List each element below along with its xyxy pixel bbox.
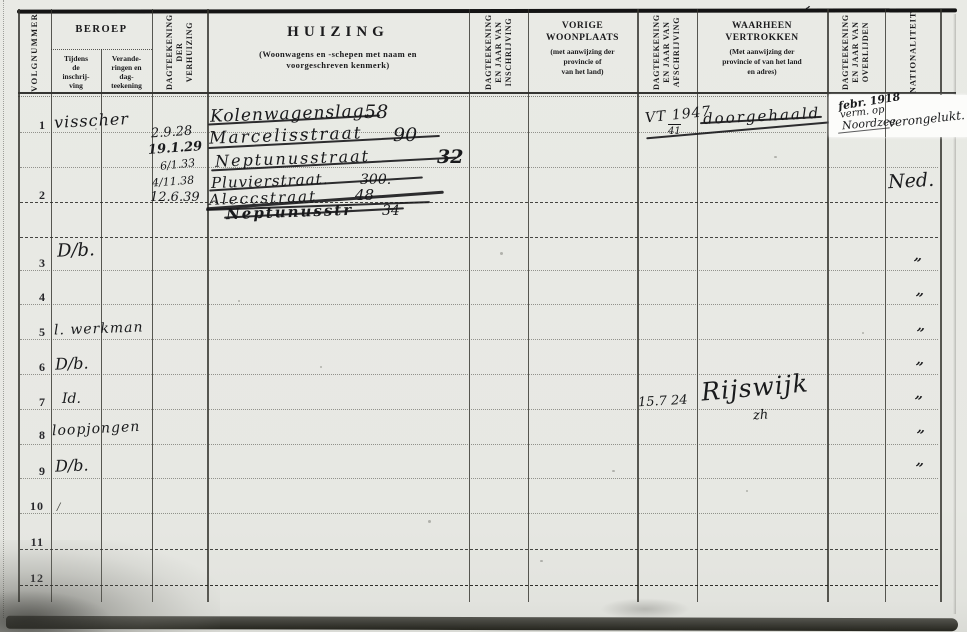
beroep-entry-row7: Id. [62, 391, 81, 407]
row-number-10: 10 [16, 499, 44, 514]
header-verhuizing: DAGTEEKENING DER VERHUIZING [152, 12, 207, 92]
header-waarheen-subtitle: (Met aanwijzing der provincie of van het… [697, 47, 827, 76]
header-vorige-title: VORIGE WOONPLAATS [528, 20, 637, 45]
header-inschrijving-label: DAGTEEKENING EN JAAR VAN INSCHRIJVING [484, 14, 514, 90]
beroep-entry-row3: D/b. [57, 239, 95, 261]
verhuizing-date-2: 19.1.29 [148, 139, 203, 158]
stray-row10-mark: / [57, 502, 60, 513]
header-huizing-subtitle: (Woonwagens en -schepen met naam en voor… [207, 49, 469, 72]
header-inschrijving: DAGTEEKENING EN JAAR VAN INSCHRIJVING [469, 12, 528, 92]
row-number-8: 8 [18, 428, 46, 443]
scan-speckle [540, 560, 543, 562]
nationaliteit-ditto-row9: ” [914, 461, 924, 478]
header-beroep-sub-left: Tijdens de inschrij- ving [51, 54, 101, 90]
row-number-2: 2 [18, 188, 46, 203]
verhuizing-date-4: 4/11.38 [152, 174, 195, 190]
row-number-3: 3 [18, 256, 46, 271]
scan-noise-bottom-mid [600, 598, 690, 620]
header-beroep-sub-right: Verande- ringen en dag- teekening [101, 54, 152, 90]
header-huizing-title: HUIZING [207, 24, 469, 41]
beroep-entry-row5: l. werkman [54, 319, 144, 338]
row-line [20, 167, 938, 168]
verhuizing-date-1: 2.9.28 [151, 124, 193, 142]
row-line [20, 409, 938, 410]
header-bottom-border [18, 92, 956, 94]
scan-speckle [612, 470, 615, 472]
verhuizing-date-3: 6/1.33 [159, 156, 195, 173]
scan-speckle [95, 128, 97, 130]
beroep-entry-row9: D/b. [55, 455, 89, 475]
scan-speckle [500, 252, 503, 255]
row-line [20, 304, 938, 305]
nationaliteit-ditto-row7: ” [913, 394, 923, 411]
beroep-subheader-line [51, 49, 152, 50]
header-verhuizing-label: DAGTEEKENING DER VERHUIZING [165, 14, 195, 90]
row-line [20, 444, 938, 445]
row-number-9: 9 [18, 464, 46, 479]
page-left-edge [3, 0, 5, 618]
row-line [20, 478, 938, 479]
header-overlijden: DAGTEEKENING EN JAAR VAN OVERLIJDEN [827, 12, 885, 92]
beroep-entry-row1: visscher [54, 109, 130, 132]
header-vorige-subtitle: (met aanwijzing der provincie of van het… [528, 47, 637, 76]
row-number-5: 5 [18, 325, 46, 340]
scan-noise-bottom-left-2 [0, 590, 114, 632]
address-1-number: 58 [364, 101, 388, 123]
header-afschrijving-label: DAGTEEKENING EN JAAR VAN AFSCHRIJVING [652, 14, 682, 90]
row-line [20, 339, 938, 340]
row-line [20, 237, 938, 238]
header-volgnummer-label: VOLGNUMMER [29, 13, 40, 92]
scan-speckle [238, 300, 240, 302]
header-overlijden-label: DAGTEEKENING EN JAAR VAN OVERLIJDEN [841, 14, 871, 90]
header-nationaliteit-label: NATIONALITEIT [907, 11, 918, 93]
scan-speckle [862, 332, 864, 334]
row-line [20, 270, 938, 271]
row-number-6: 6 [18, 360, 46, 375]
waarheen-row7-sub: zh [752, 407, 768, 423]
row-number-1: 1 [18, 118, 46, 133]
header-waarheen-title: WAARHEEN VERTROKKEN [697, 20, 827, 45]
address-6-number: 34 [382, 203, 400, 219]
afschrijving-row7: 15.7 24 [638, 393, 688, 411]
verhuizing-date-5: 12.6.39 [150, 190, 200, 205]
header-volgnummer: VOLGNUMMER [18, 12, 51, 92]
header-bottom-border-2 [18, 96, 956, 97]
scan-speckle [428, 520, 431, 523]
header-beroep-title: BEROEP [51, 24, 152, 35]
header-afschrijving: DAGTEEKENING EN JAAR VAN AFSCHRIJVING [637, 12, 697, 92]
row-number-7: 7 [18, 395, 46, 410]
row-number-4: 4 [18, 290, 46, 305]
nationaliteit-row2: Ned. [887, 169, 934, 193]
beroep-entry-row8: loopjongen [52, 419, 141, 440]
address-2-number: 90 [393, 124, 417, 146]
header-nationaliteit: NATIONALITEIT [885, 12, 940, 92]
scan-speckle [774, 156, 777, 158]
nationaliteit-ditto-row8: ” [915, 428, 925, 445]
scan-speckle [746, 490, 748, 492]
beroep-entry-row6: D/b. [55, 353, 89, 373]
scan-speckle [320, 366, 322, 368]
row-line [20, 513, 938, 514]
population-register-scan: VOLGNUMMER BEROEP Tijdens de inschrij- v… [0, 0, 967, 632]
